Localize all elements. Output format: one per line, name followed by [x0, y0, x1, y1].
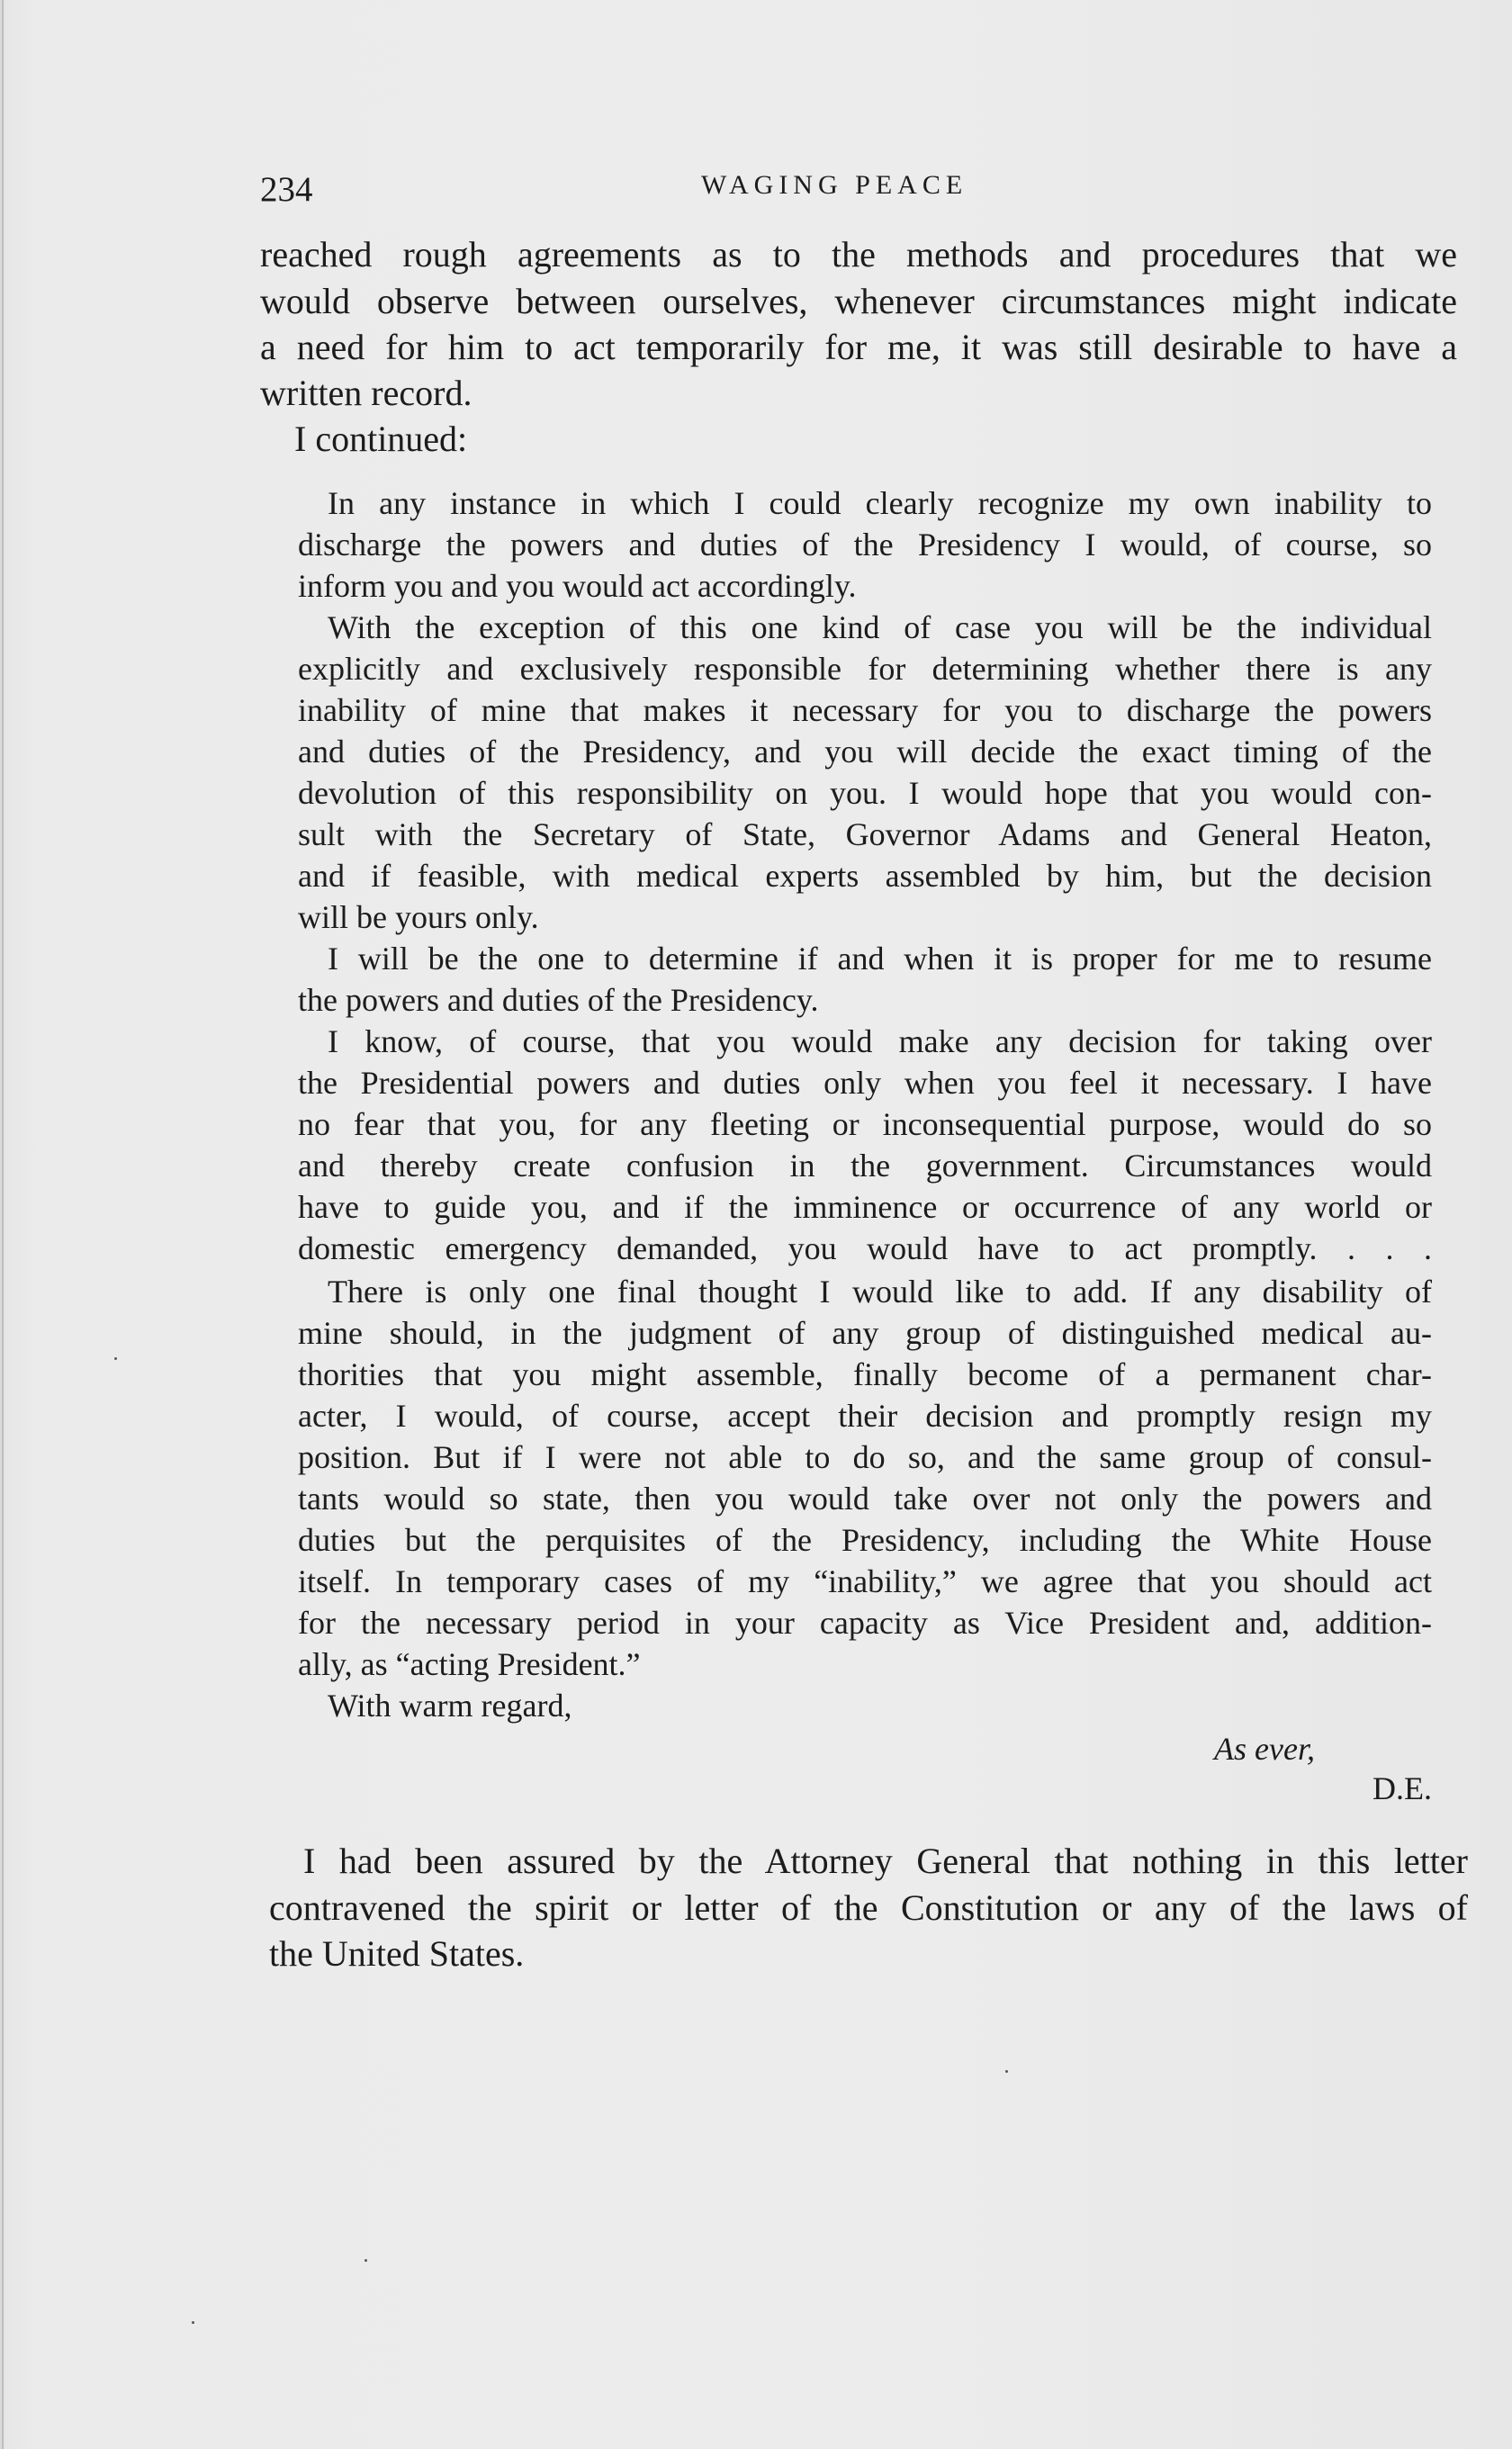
- paper-speck: [192, 2321, 194, 2324]
- letter-line: discharge the powers and duties of the P…: [298, 522, 1432, 567]
- letter-closing: As ever,: [298, 1726, 1315, 1771]
- letter-line: will be yours only.: [298, 895, 1432, 940]
- letter-line: sult with the Secretary of State, Govern…: [298, 812, 1432, 857]
- text-line: reached rough agreements as to the metho…: [260, 232, 1457, 277]
- text-line: a need for him to act temporarily for me…: [260, 325, 1457, 370]
- letter-line: domestic emergency demanded, you would h…: [298, 1226, 1432, 1271]
- letter-signature: D.E.: [298, 1766, 1432, 1811]
- letter-line: explicitly and exclusively responsible f…: [298, 646, 1432, 691]
- letter-salutation: With warm regard,: [298, 1683, 1432, 1728]
- letter-line: tants would so state, then you would tak…: [298, 1476, 1432, 1521]
- paper-speck: [114, 1357, 117, 1360]
- letter-line: duties but the perquisites of the Presid…: [298, 1517, 1432, 1562]
- paper-speck: [364, 2259, 367, 2262]
- page-number: 234: [260, 167, 313, 212]
- letter-line: the Presidential powers and duties only …: [298, 1060, 1432, 1105]
- letter-line: position. But if I were not able to do s…: [298, 1435, 1432, 1480]
- page-binding-edge: [2, 0, 4, 2449]
- lead-in-text: I continued:: [260, 417, 1457, 462]
- text-line: the United States.: [269, 1931, 1468, 1976]
- letter-line: no fear that you, for any fleeting or in…: [298, 1102, 1432, 1147]
- book-title: WAGING PEACE: [701, 167, 967, 203]
- letter-line: thorities that you might assemble, final…: [298, 1352, 1432, 1397]
- letter-line: inform you and you would act accordingly…: [298, 563, 1432, 608]
- text-line: I had been assured by the Attorney Gener…: [269, 1839, 1468, 1884]
- letter-line: ally, as “acting President.”: [298, 1642, 1432, 1687]
- letter-line: and duties of the Presidency, and you wi…: [298, 729, 1432, 774]
- letter-line: and if feasible, with medical experts as…: [298, 853, 1432, 898]
- letter-line: itself. In temporary cases of my “inabil…: [298, 1559, 1432, 1604]
- letter-line: mine should, in the judgment of any grou…: [298, 1310, 1432, 1355]
- letter-line: devolution of this responsibility on you…: [298, 770, 1432, 815]
- letter-line: I know, of course, that you would make a…: [298, 1019, 1432, 1064]
- text-line: written record.: [260, 371, 1457, 416]
- letter-line: the powers and duties of the Presidency.: [298, 977, 1432, 1022]
- letter-line: In any instance in which I could clearly…: [298, 481, 1432, 526]
- letter-line: I will be the one to determine if and wh…: [298, 936, 1432, 981]
- letter-line: inability of mine that makes it necessar…: [298, 688, 1432, 733]
- letter-line: for the necessary period in your capacit…: [298, 1600, 1432, 1645]
- text-line: would observe between ourselves, wheneve…: [260, 279, 1457, 324]
- letter-line: There is only one final thought I would …: [298, 1269, 1432, 1314]
- book-page: 234 WAGING PEACE reached rough agreement…: [0, 0, 1512, 2449]
- letter-line: acter, I would, of course, accept their …: [298, 1393, 1432, 1438]
- text-line: contravened the spirit or letter of the …: [269, 1886, 1468, 1931]
- running-head: 234 WAGING PEACE: [260, 167, 1439, 212]
- letter-line: have to guide you, and if the imminence …: [298, 1184, 1432, 1229]
- letter-line: and thereby create confusion in the gove…: [298, 1143, 1432, 1188]
- letter-line: With the exception of this one kind of c…: [298, 605, 1432, 650]
- paper-speck: [1005, 2070, 1008, 2073]
